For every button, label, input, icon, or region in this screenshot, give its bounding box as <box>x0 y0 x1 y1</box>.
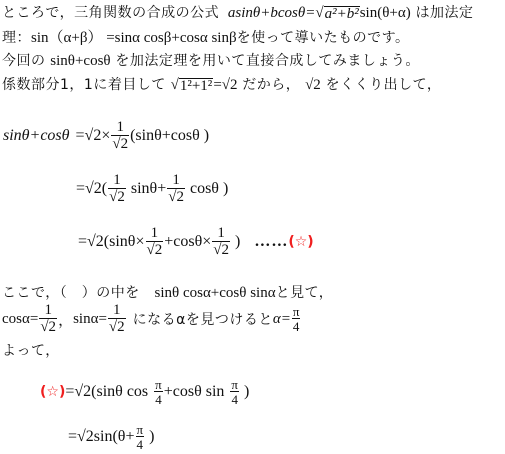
eq4-term1: +cosθ sin <box>164 383 225 401</box>
cos-alpha: cosα= <box>2 311 38 328</box>
intro-text: だから， <box>242 77 300 93</box>
intro-text: 理： <box>2 30 31 46</box>
eq3-equals: =√2(sinθ× <box>78 233 145 251</box>
sqrt-coefficients: √1²+1² <box>171 76 214 94</box>
explanation-text: よって， <box>2 343 60 359</box>
explanation-text: になるαを見つけると <box>133 309 273 329</box>
explanation-line-2: cosα= 1√2 ， sinα= 1√2 になるαを見つけると α= π4 <box>2 303 301 335</box>
intro-text: をくくり出して， <box>326 77 442 93</box>
intro-line-3: 今回の sinθ+cosθ を加法定理を用いて直接合成してみましょう。 <box>2 51 420 70</box>
intro-text: 係数部分1，1に着目して <box>2 77 166 93</box>
explanation-text: と見て， <box>276 285 334 301</box>
intro-text: を加法定理を用いて直接合成してみましょう。 <box>115 53 420 69</box>
fraction-1-over-sqrt2: 1√2 <box>212 226 230 258</box>
eq1-equals: =√2× <box>76 127 111 145</box>
sqrt-result: =√2 <box>213 77 237 93</box>
ellipsis: …… <box>254 233 288 251</box>
eq1-lhs: sinθ+cosθ <box>3 127 70 145</box>
fraction-1-over-sqrt2: 1√2 <box>146 226 164 258</box>
formula-lhs: asinθ+bcosθ= <box>228 5 315 21</box>
intro-text: ところで，三角関数の合成の公式 <box>2 5 219 21</box>
fraction-1-over-sqrt2: 1√2 <box>167 173 185 205</box>
eq4-equals: =√2(sinθ cos <box>65 383 148 401</box>
intro-text-suffix: は加法定 <box>416 5 474 21</box>
sqrt-ab: √a²+b² <box>315 4 359 22</box>
eq3-close: ) <box>235 233 240 251</box>
intro-line-4: 係数部分1，1に着目して √1²+1²=√2 だから， √2 をくくり出して， <box>2 75 441 94</box>
sqrt2: √2 <box>305 77 321 93</box>
fraction-1-over-sqrt2: 1√2 <box>108 303 126 335</box>
eq4-close: ) <box>244 383 249 401</box>
addition-theorem-formula: sin（α+β） =sinα cosβ+cosα sinβ <box>31 30 237 46</box>
intro-text: 今回の <box>2 53 46 69</box>
fraction-pi-over-4: π4 <box>230 378 239 406</box>
eq2-term2: cosθ ) <box>190 180 228 198</box>
result-eq-5: =√2sin(θ+ π4 ) <box>68 423 154 451</box>
sin-alpha: sinα= <box>73 311 107 328</box>
star-marker: (☆) <box>40 384 65 400</box>
separator: ， <box>58 309 73 330</box>
explanation-text: ここで，（ ）の中を <box>2 285 140 301</box>
formula-rhs: sin(θ+α) <box>360 5 411 21</box>
star-marker: (☆) <box>288 234 313 250</box>
explanation-line-3: よって， <box>2 341 60 360</box>
derivation-eq-3: =√2(sinθ× 1√2 +cosθ× 1√2 ) …… (☆) <box>78 226 314 258</box>
fraction-1-over-sqrt2: 1√2 <box>108 173 126 205</box>
intro-line-2: 理：sin（α+β） =sinα cosβ+cosα sinβを使って導いたもの… <box>2 28 410 47</box>
fraction-pi-over-4: π4 <box>292 305 301 333</box>
eq2-equals: =√2( <box>76 180 107 198</box>
eq5-close: ) <box>149 428 154 446</box>
derivation-eq-1: sinθ+cosθ =√2× 1√2 (sinθ+cosθ ) <box>3 120 209 152</box>
derivation-eq-2: =√2( 1√2 sinθ+ 1√2 cosθ ) <box>76 173 228 205</box>
target-expression: sinθ+cosθ <box>50 53 110 69</box>
fraction-pi-over-4: π4 <box>136 423 145 451</box>
result-eq-4: (☆) =√2(sinθ cos π4 +cosθ sin π4 ) <box>40 378 249 406</box>
eq3-term1: +cosθ× <box>164 233 211 251</box>
intro-line-1: ところで，三角関数の合成の公式 asinθ+bcosθ=√a²+b²sin(θ+… <box>2 3 474 22</box>
eq1-rest: (sinθ+cosθ ) <box>130 127 209 145</box>
addition-form: sinθ cosα+cosθ sinα <box>155 285 276 301</box>
intro-text: を使って導いたものです。 <box>237 30 410 46</box>
eq2-term1: sinθ+ <box>131 180 166 198</box>
eq5-equals: =√2sin(θ+ <box>68 428 135 446</box>
alpha-equals: α= <box>273 311 291 328</box>
fraction-1-over-sqrt2: 1√2 <box>39 303 57 335</box>
fraction-1-over-sqrt2: 1√2 <box>111 120 129 152</box>
explanation-line-1: ここで，（ ）の中を sinθ cosα+cosθ sinαと見て， <box>2 283 333 302</box>
fraction-pi-over-4: π4 <box>154 378 163 406</box>
